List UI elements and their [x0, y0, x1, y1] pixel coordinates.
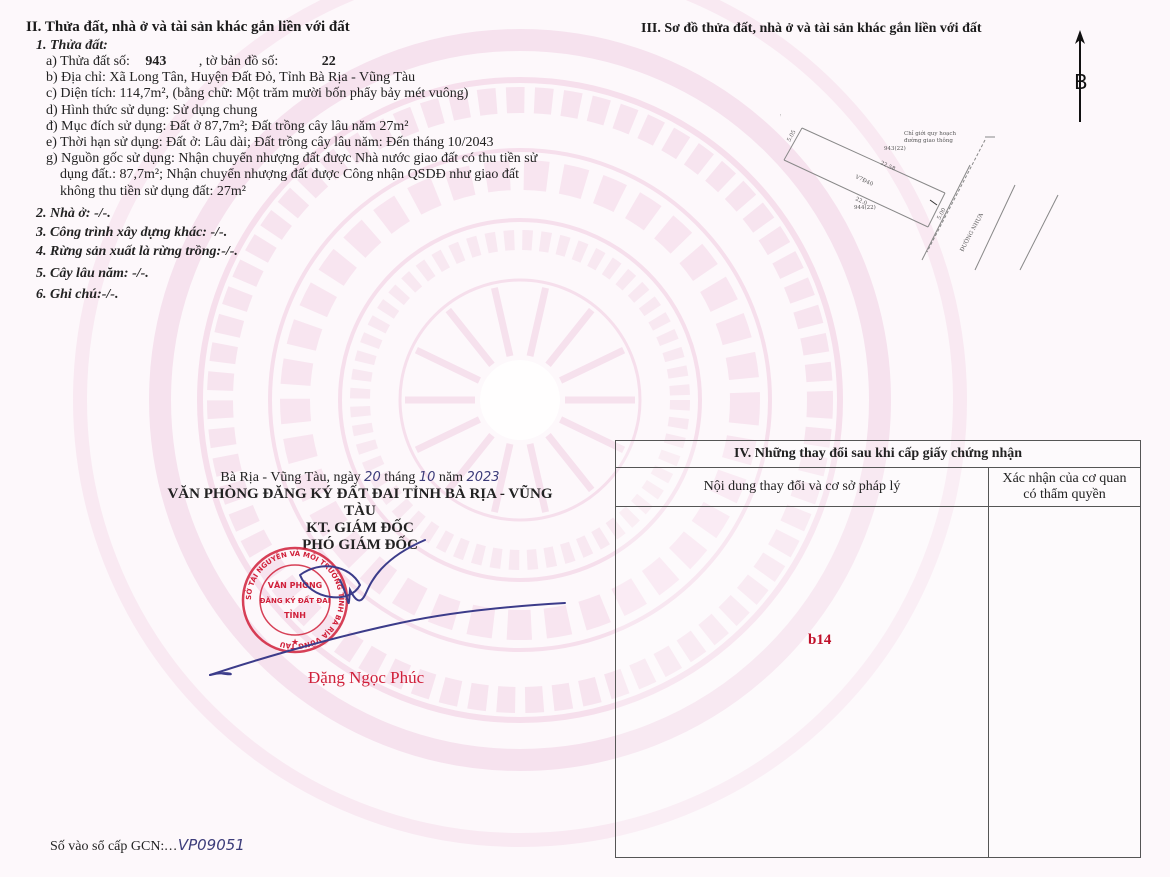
- col-header-confirmation-line1: Xác nhận của cơ quan: [990, 471, 1139, 487]
- sign-month: 10: [419, 470, 436, 485]
- diagram-parcel-label: V7Đ40: [853, 174, 874, 188]
- origin-line-3: không thu tiền sử dụng đất: 27m²: [60, 184, 537, 200]
- origin-line-2: dụng đất.: 87,7m²; Nhận chuyển nhượng đấ…: [60, 167, 537, 183]
- diagram-note-1: Chỉ giới quy hoạch: [904, 130, 956, 137]
- origin-line-1: g) Nguồn gốc sử dụng: Nhận chuyển nhượng…: [46, 151, 537, 167]
- map-sheet-number: 22: [322, 54, 336, 69]
- usage-term: e) Thời hạn sử dụng: Đất ở: Lâu dài; Đất…: [46, 135, 537, 151]
- registry-row: Số vào sổ cấp GCN:...VP09051: [50, 837, 245, 855]
- usage-purpose: đ) Mục đích sử dụng: Đất ở 87,7m²; Đất t…: [46, 119, 537, 135]
- diagram-edge-right: 5.00: [936, 207, 947, 221]
- address: b) Địa chỉ: Xã Long Tân, Huyện Đất Đỏ, T…: [46, 70, 537, 86]
- north-arrow-icon: B: [1068, 28, 1098, 124]
- perennial-trees-item: 5. Cây lâu năm: -/-.: [36, 264, 537, 283]
- area: c) Diện tích: 114,7m², (bằng chữ: Một tr…: [46, 86, 537, 102]
- notes-item: 6. Ghi chú:-/-.: [36, 285, 537, 304]
- section-4-title: IV. Những thay đổi sau khi cấp giấy chứn…: [616, 441, 1141, 468]
- north-label: B: [1074, 70, 1088, 94]
- diagram-neighbor-top: 943(22): [884, 145, 906, 152]
- confirmation-cell: [989, 507, 1141, 858]
- parcel-number-label: a) Thửa đất số:: [46, 54, 130, 69]
- section-3-title: III. Sơ đồ thửa đất, nhà ở và tài sản kh…: [641, 21, 982, 37]
- registry-label: Số vào sổ cấp GCN:: [50, 839, 164, 854]
- col-header-confirmation-line2: có thẩm quyền: [990, 487, 1139, 503]
- parcel-number: 943: [145, 54, 195, 70]
- registry-number: VP09051: [178, 836, 245, 854]
- section-2: II. Thửa đất, nhà ở và tài sản khác gắn …: [26, 19, 537, 304]
- usage-form: d) Hình thức sử dụng: Sử dụng chung: [46, 103, 537, 119]
- col-header-content: Nội dung thay đổi và cơ sở pháp lý: [616, 468, 989, 507]
- sign-year: 2023: [466, 470, 499, 485]
- diagram-neighbor-bottom: 944(22): [854, 204, 876, 211]
- diagram-edge-left: 5.05: [786, 129, 797, 143]
- production-forest-item: 4. Rừng sản xuất là rừng trồng:-/-.: [36, 242, 537, 261]
- diagram-road-label: ĐƯỜNG NHỰA: [958, 211, 986, 253]
- place-date-prefix: Bà Rịa - Vũng Tàu, ngày: [220, 470, 360, 485]
- handwritten-signature: [200, 505, 580, 685]
- land-parcel-heading: 1. Thửa đất:: [36, 38, 537, 54]
- page-code: b14: [808, 632, 831, 649]
- diagram-edge-top: 22.58: [879, 160, 896, 172]
- place-date: Bà Rịa - Vũng Tàu, ngày 20 tháng 10 năm …: [150, 470, 570, 486]
- month-label: tháng: [384, 470, 415, 485]
- other-constructions-item: 3. Công trình xây dựng khác: -/-.: [36, 223, 537, 242]
- parcel-number-row: a) Thửa đất số: 943 , tờ bản đồ số: 22: [46, 54, 537, 70]
- year-label: năm: [439, 470, 463, 485]
- signer-name: Đặng Ngọc Phúc: [308, 668, 424, 688]
- changes-table: IV. Những thay đổi sau khi cấp giấy chứn…: [615, 440, 1141, 858]
- parcel-diagram: Chỉ giới quy hoạch đường giao thông 943(…: [780, 110, 1060, 320]
- sign-day: 20: [364, 470, 381, 485]
- section-2-title: II. Thửa đất, nhà ở và tài sản khác gắn …: [26, 19, 537, 36]
- changes-content-cell: [616, 507, 989, 858]
- house-item: 2. Nhà ở: -/-.: [36, 204, 537, 223]
- diagram-note-2: đường giao thông: [904, 137, 953, 144]
- col-header-confirmation: Xác nhận của cơ quan có thẩm quyền: [989, 468, 1141, 507]
- map-sheet-label: , tờ bản đồ số:: [199, 54, 278, 69]
